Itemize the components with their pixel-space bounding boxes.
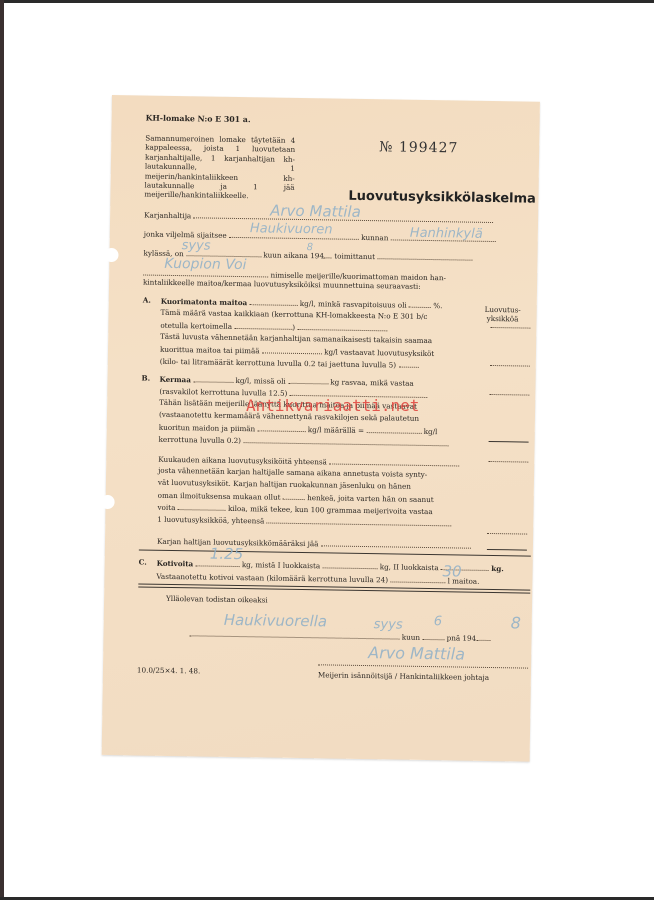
kunnan-value[interactable]: Hanhinkylä bbox=[410, 226, 483, 242]
serial-symbol: № bbox=[379, 139, 393, 155]
form-code: KH-lomake N:o E 301 a. bbox=[146, 114, 251, 125]
summary-line6: 1 luovutusyksikköä, yhteensä bbox=[157, 514, 451, 529]
section-a-line6: (kilo- tai litramäärät kerrottuna luvull… bbox=[160, 356, 419, 370]
day-value[interactable]: 6 bbox=[434, 614, 443, 629]
final-units-result[interactable] bbox=[487, 549, 527, 551]
form-document: KH-lomake N:o E 301 a. Samannumeroinen l… bbox=[102, 95, 540, 762]
scan-edge-left bbox=[0, 0, 4, 900]
column-header-luovutusyksikkoa: Luovutus- yksikköä bbox=[484, 305, 520, 324]
print-code: 10.0/25×4. 1. 48. bbox=[137, 665, 200, 675]
section-b-result-2[interactable] bbox=[489, 441, 529, 443]
section-a-line4: Tästä luvusta vähennetään karjanhaltijan… bbox=[160, 332, 432, 345]
section-c-letter: C. bbox=[139, 557, 147, 566]
kotivoi-value[interactable]: 1.25 bbox=[210, 545, 244, 564]
scan-edge-top bbox=[0, 0, 654, 3]
kylassa-value[interactable]: syys bbox=[182, 238, 211, 253]
serial-value: 199427 bbox=[399, 140, 459, 157]
section-b-line6: kerrottuna luvulla 0.2) bbox=[159, 434, 449, 449]
certification-statement: Ylläolevan todistan oikeaksi bbox=[166, 594, 268, 605]
summary-line7: Karjan haltijan luovutusyksikkömääräksi … bbox=[157, 536, 471, 551]
summary-line3: vät luovutusyksiköt. Karjan haltijan ruo… bbox=[158, 478, 411, 491]
summary-total-result[interactable] bbox=[488, 461, 528, 463]
viljelma-value[interactable]: Haukivuoren bbox=[250, 221, 333, 237]
year-digit-value[interactable]: 8 bbox=[307, 242, 314, 253]
signatory-label: Meijerin isännöitsijä / Hankintaliikkeen… bbox=[318, 670, 489, 682]
section-a-line3: otetulla kertoimella ) bbox=[160, 320, 387, 334]
section-a-line2: Tämä määrä vastaa kaikkiaan (kerrottuna … bbox=[161, 308, 428, 321]
punch-hole-bottom bbox=[100, 495, 114, 509]
form-instructions: Samannumeroinen lomake täytetään 4 kappa… bbox=[144, 134, 295, 202]
serial-number: № 199427 bbox=[379, 139, 458, 156]
month-value[interactable]: syys bbox=[374, 617, 403, 632]
form-title: Luovutusyksikkölaskelma bbox=[348, 189, 536, 207]
summary-deduction-result[interactable] bbox=[487, 533, 527, 535]
place-value[interactable]: Haukivuorella bbox=[224, 611, 328, 631]
signature-line bbox=[318, 664, 528, 668]
punch-hole-top bbox=[104, 248, 118, 262]
section-a-result-1[interactable] bbox=[490, 327, 530, 329]
divider bbox=[139, 549, 531, 556]
year-value[interactable]: 8 bbox=[511, 613, 521, 632]
karjanhaltija-value[interactable]: Arvo Mattila bbox=[270, 202, 361, 221]
section-b-letter: B. bbox=[141, 373, 150, 382]
kotivoi-milk-value[interactable]: 30 bbox=[442, 562, 461, 580]
section-a-result-2[interactable] bbox=[490, 365, 530, 367]
watermark: Antikvariaatti.net bbox=[246, 396, 419, 415]
section-b-result-1[interactable] bbox=[489, 394, 529, 396]
section-a-letter: A. bbox=[143, 296, 151, 305]
summary-line2: josta vähennetään karjan haltijalle sama… bbox=[158, 466, 427, 479]
recipient-value[interactable]: Kuopion Voi bbox=[164, 256, 246, 273]
certification-date-line: kuun pnä 194 bbox=[189, 628, 490, 643]
signature-value[interactable]: Arvo Mattila bbox=[368, 643, 465, 664]
